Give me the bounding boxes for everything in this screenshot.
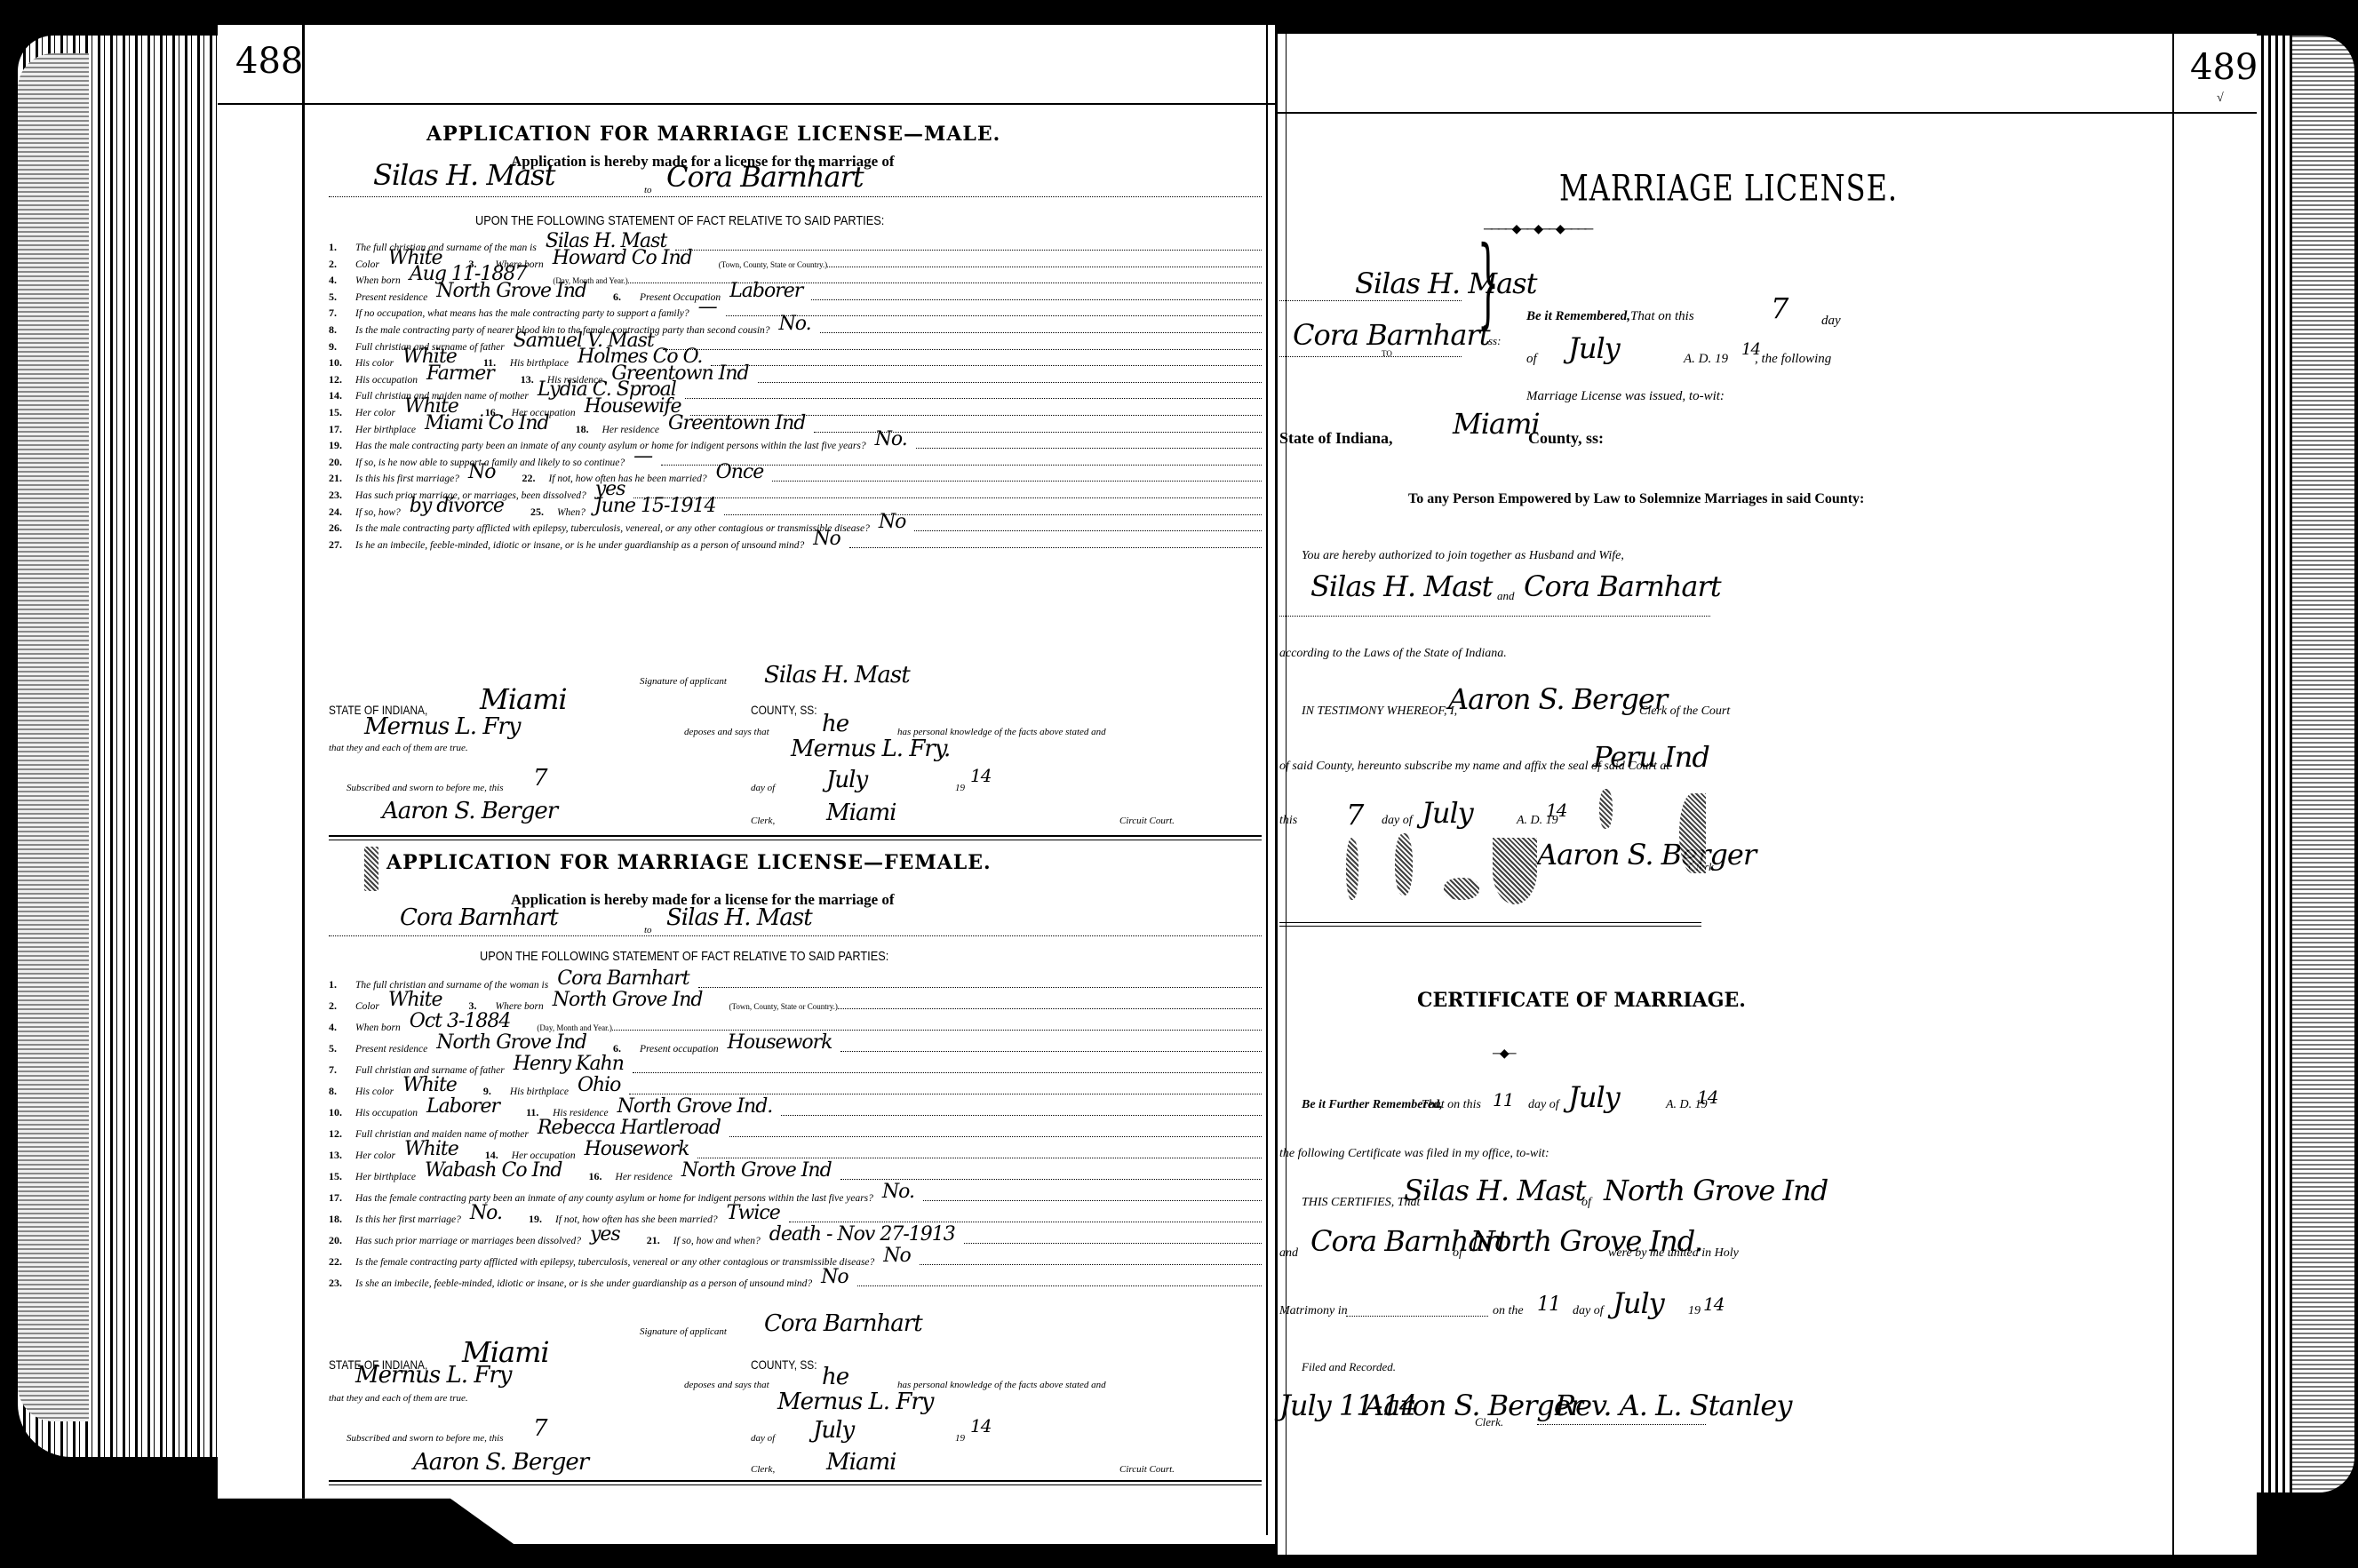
field-value: Rebecca Hartleroad (538, 1117, 721, 1139)
license-husband: Silas H. Mast (1310, 569, 1492, 603)
field-value: No. (882, 1181, 914, 1203)
form-field-row: 10.His occupationLaborer11.His residence… (329, 1099, 1262, 1121)
field-value: No (821, 1266, 848, 1288)
field-value: Ohio (578, 1074, 621, 1096)
certificate-title: CERTIFICATE OF MARRIAGE. (1417, 989, 1746, 1012)
license-wife: Cora Barnhart (1524, 569, 1721, 603)
page-number-left: 488 (235, 41, 303, 82)
field-value: No. (470, 1202, 502, 1224)
book-cover-curl-left (18, 53, 89, 1421)
book-cover-curl-right (2292, 36, 2354, 1492)
field-value: White (402, 1074, 457, 1096)
field-value: Howard Co Ind (553, 247, 692, 269)
field-label: His occupation (355, 1108, 418, 1118)
female-clerk-signature: Aaron S. Berger (413, 1449, 588, 1476)
field-label: Present residence (355, 1044, 427, 1055)
field-value: Once (716, 461, 764, 483)
form-field-row: 15.Her birthplaceWabash Co Ind16.Her res… (329, 1163, 1262, 1185)
field-label: The full christian and surname of the wo… (355, 980, 548, 991)
license-place: Peru Ind (1593, 740, 1709, 774)
field-value: No (468, 461, 496, 483)
male-county: Miami (480, 682, 567, 716)
field-value: Greentown Ind (668, 412, 805, 434)
ornament-small: ─◆─ (1493, 1047, 1515, 1062)
female-application: APPLICATION FOR MARRIAGE LICENSE—FEMALE.… (329, 838, 1262, 1513)
field-value: Oct 3-1884 (410, 1010, 511, 1032)
certificate-groom-residence: North Grove Ind (1604, 1174, 1828, 1207)
license-groom: Silas H. Mast (1355, 267, 1536, 300)
male-application: APPLICATION FOR MARRIAGE LICENSE—MALE. A… (329, 114, 1262, 851)
field-value: No. (875, 428, 907, 450)
field-label: Color (355, 1001, 379, 1012)
recording-clerk: Aaron S. Berger (1364, 1389, 1582, 1422)
field-label: When born (355, 1023, 401, 1033)
field-value: White (404, 1138, 458, 1160)
field-value: North Grove Ind. (617, 1095, 773, 1118)
female-partner-name: Silas H. Mast (666, 904, 812, 931)
field-value: Housework (585, 1138, 689, 1160)
page-number-right: 489 (2190, 47, 2258, 88)
field-label: Her color (355, 1150, 395, 1161)
form-field-row: 12.Full christian and maiden name of mot… (329, 1120, 1262, 1142)
certificate-month: July (1568, 1080, 1620, 1114)
male-partner-name: Cora Barnhart (666, 160, 864, 194)
field-label: Her residence (616, 1172, 673, 1182)
male-statement-heading: UPON THE FOLLOWING STATEMENT OF FACT REL… (475, 213, 884, 228)
male-application-title: APPLICATION FOR MARRIAGE LICENSE—MALE. (426, 123, 1000, 146)
male-deponent: Mernus L. Fry (364, 713, 521, 740)
field-label: Is he an imbecile, feeble-minded, idioti… (355, 540, 804, 551)
right-page: 489 √ MARRIAGE LICENSE. ────◆──◆──◆──── … (1275, 34, 2257, 1555)
field-value: North Grove Ind (553, 989, 703, 1011)
field-value: No (813, 528, 840, 550)
field-label: If not, how often has she been married? (555, 1214, 718, 1225)
male-applicant-name: Silas H. Mast (373, 158, 554, 192)
field-value: White (388, 989, 442, 1011)
male-clerk-signature: Aaron S. Berger (382, 798, 557, 824)
field-value: death - Nov 27-1913 (769, 1223, 955, 1246)
field-label: His color (355, 1086, 394, 1097)
female-statement-heading: UPON THE FOLLOWING STATEMENT OF FACT REL… (480, 949, 888, 964)
field-value: June 15-1914 (594, 495, 716, 517)
field-label: Is she an imbecile, feeble-minded, idiot… (355, 1278, 812, 1289)
field-value: Housewife (585, 395, 681, 418)
ornament: ────◆──◆──◆──── (1484, 222, 1591, 237)
form-field-row: 23.Is she an imbecile, feeble-minded, id… (329, 1270, 1262, 1292)
married-month: July (1613, 1286, 1664, 1320)
female-application-title: APPLICATION FOR MARRIAGE LICENSE—FEMALE. (386, 851, 992, 874)
field-value: — (698, 296, 717, 318)
book-page-edges-right (2257, 36, 2292, 1492)
license-clerk-signature: Aaron S. Berger (1537, 838, 1756, 872)
field-value: Farmer (426, 362, 494, 385)
field-label: Has such prior marriage or marriages bee… (355, 1236, 581, 1246)
female-deponent-signature: Mernus L. Fry (777, 1389, 934, 1415)
field-value: North Grove Ind (681, 1159, 832, 1182)
field-value: Housework (728, 1031, 832, 1054)
field-value: Laborer (729, 280, 802, 302)
form-field-row: 27.Is he an imbecile, feeble-minded, idi… (329, 531, 1262, 553)
license-bride: Cora Barnhart (1293, 318, 1490, 352)
field-label: If so, how and when? (673, 1236, 761, 1246)
field-label: Her birthplace (355, 1172, 416, 1182)
license-day: 7 (1771, 291, 1788, 325)
field-value: — (633, 445, 652, 467)
field-value: Laborer (426, 1095, 499, 1118)
license-address: To any Person Empowered by Law to Solemn… (1408, 491, 1864, 507)
field-value: North Grove Ind (436, 1031, 586, 1054)
left-page: 488 APPLICATION FOR MARRIAGE LICENSE—MAL… (218, 25, 1275, 1544)
brace: } (1478, 225, 1500, 338)
male-deponent-signature: Mernus L. Fry. (791, 736, 950, 762)
field-value: No. (779, 313, 811, 335)
field-value: No (879, 511, 906, 533)
field-value: Miami Co Ind (425, 412, 549, 434)
married-day: 11 (1537, 1293, 1560, 1316)
female-applicant-name: Cora Barnhart (400, 904, 558, 931)
field-value: Henry Kahn (514, 1053, 624, 1075)
officiant-signature: Rev. A. L. Stanley (1555, 1389, 1791, 1422)
form-field-row: 7.Full christian and surname of fatherHe… (329, 1056, 1262, 1078)
form-field-row: 20.Has such prior marriage or marriages … (329, 1227, 1262, 1249)
license-clerk-name: Aaron S. Berger (1448, 682, 1667, 716)
field-note: (Town, County, State or Country.) (729, 1002, 837, 1011)
male-signature: Silas H. Mast (764, 662, 910, 688)
field-value: by divorce (410, 495, 504, 517)
female-deponent: Mernus L. Fry (355, 1362, 512, 1389)
form-field-row: 17.Has the female contracting party been… (329, 1184, 1262, 1206)
license-title: MARRIAGE LICENSE. (1559, 167, 1898, 210)
female-signature: Cora Barnhart (764, 1310, 922, 1337)
field-label: His birthplace (510, 1086, 569, 1097)
field-value: Wabash Co Ind (425, 1159, 562, 1182)
field-value: North Grove Ind (436, 280, 586, 302)
form-field-row: 22.Is the female contracting party affli… (329, 1248, 1262, 1270)
check-mark: √ (2217, 92, 2224, 106)
field-value: Twice (727, 1202, 780, 1224)
field-label: Present occupation (640, 1044, 719, 1055)
form-field-row: 1.The full christian and surname of the … (329, 971, 1262, 993)
field-label: Is the female contracting party afflicte… (355, 1257, 874, 1268)
field-label: Is this her first marriage? (355, 1214, 461, 1225)
certificate-day: 11 (1493, 1089, 1513, 1110)
license-month: July (1568, 331, 1620, 365)
certificate-groom: Silas H. Mast (1404, 1174, 1585, 1207)
form-field-row: 5.Present residenceNorth Grove Ind6.Pres… (329, 1035, 1262, 1057)
field-value: Cora Barnhart (557, 967, 689, 990)
license-county: Miami (1453, 407, 1540, 441)
field-label: Has the female contracting party been an… (355, 1193, 873, 1204)
field-value: No (883, 1245, 911, 1267)
field-value: yes (590, 1223, 620, 1246)
